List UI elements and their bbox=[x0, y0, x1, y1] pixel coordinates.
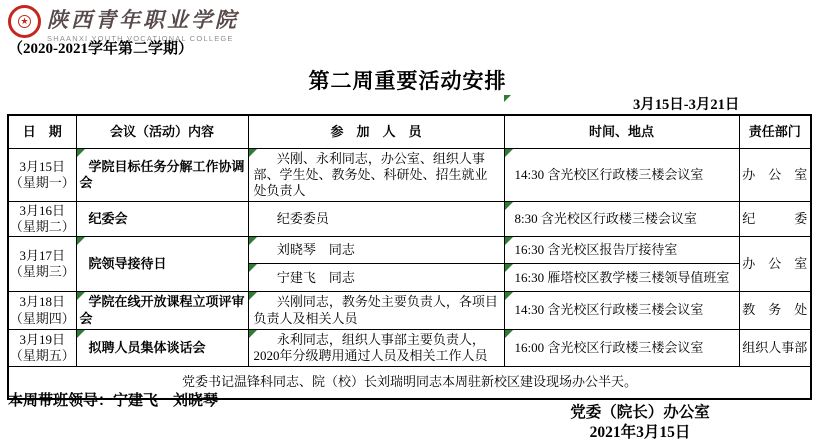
weekday-text: （星期四） bbox=[9, 311, 76, 327]
participants-cell: 宁建飞 同志 bbox=[248, 264, 504, 292]
cell-flag-marker bbox=[249, 330, 257, 338]
participants-cell: 刘晓琴 同志 bbox=[248, 237, 504, 264]
department-cell: 纪 委 bbox=[739, 202, 811, 237]
cell-flag-marker bbox=[505, 330, 513, 338]
time-place-cell: 16:30 雁塔校区教学楼三楼领导值班室 bbox=[504, 264, 739, 292]
col-header-time-place: 时间、地点 bbox=[504, 115, 739, 148]
duty-leaders-line: 本周带班领导：宁建飞 刘晓琴 bbox=[8, 389, 218, 410]
department-cell: 办 公 室 bbox=[739, 148, 811, 202]
participants-cell: 永利同志，组织人事部主要负责人，2020年分级聘用通过人员及相关工作人员 bbox=[248, 329, 504, 367]
table-header-row: 日 期 会议（活动）内容 参 加 人 员 时间、地点 责任部门 bbox=[8, 115, 811, 148]
cell-flag-marker bbox=[504, 95, 511, 102]
seal-star-icon: ★ bbox=[18, 15, 31, 28]
date-cell: 3月18日 （星期四） bbox=[8, 292, 76, 330]
date-cell: 3月17日 （星期三） bbox=[8, 237, 76, 292]
date-text: 3月18日 bbox=[9, 294, 76, 310]
time-place-cell: 14:30 含光校区行政楼三楼会议室 bbox=[504, 148, 739, 202]
content-cell: 拟聘人员集体谈话会 bbox=[76, 329, 248, 367]
weekday-text: （星期三） bbox=[9, 264, 76, 280]
col-header-department: 责任部门 bbox=[739, 115, 811, 148]
date-cell: 3月16日 （星期二） bbox=[8, 202, 76, 237]
table-row: 3月17日 （星期三） 院领导接待日 刘晓琴 同志 16:30 含光校区报告厅接… bbox=[8, 237, 811, 264]
weekday-text: （星期五） bbox=[9, 348, 76, 364]
content-cell: 学院目标任务分解工作协调会 bbox=[76, 148, 248, 202]
table-row: 3月19日 （星期五） 拟聘人员集体谈话会 永利同志，组织人事部主要负责人，20… bbox=[8, 329, 811, 367]
date-text: 3月17日 bbox=[9, 248, 76, 264]
cell-flag-marker bbox=[249, 264, 257, 272]
cell-flag-marker bbox=[77, 292, 85, 300]
issuer-name: 党委（院长）办公室 bbox=[520, 403, 760, 423]
date-cell: 3月15日 （星期一） bbox=[8, 148, 76, 202]
table-row: 3月15日 （星期一） 学院目标任务分解工作协调会 兴刚、永利同志，办公室、组织… bbox=[8, 148, 811, 202]
department-cell: 组织人事部 bbox=[739, 329, 811, 367]
weekday-text: （星期一） bbox=[9, 175, 76, 191]
content-cell: 纪委会 bbox=[76, 202, 248, 237]
participants-cell: 纪委委员 bbox=[248, 202, 504, 237]
issue-date: 2021年3月15日 bbox=[520, 423, 760, 443]
time-place-cell: 16:30 含光校区报告厅接待室 bbox=[504, 237, 739, 264]
page-title: 第二周重要活动安排 bbox=[0, 65, 815, 95]
cell-flag-marker bbox=[505, 237, 513, 245]
schedule-document: ★ 陕西青年职业学院 SHAANXI YOUTH VOCATIONAL COLL… bbox=[0, 0, 815, 446]
schedule-table: 日 期 会议（活动）内容 参 加 人 员 时间、地点 责任部门 3月15日 （星… bbox=[7, 114, 812, 400]
participants-cell: 兴刚同志，教务处主要负责人，各项目负责人及相关人员 bbox=[248, 292, 504, 330]
content-cell: 院领导接待日 bbox=[76, 237, 248, 292]
cell-flag-marker bbox=[505, 149, 513, 157]
cell-flag-marker bbox=[505, 202, 513, 210]
table-row: 3月18日 （星期四） 学院在线开放课程立项评审会 兴刚同志，教务处主要负责人，… bbox=[8, 292, 811, 330]
signature-block: 党委（院长）办公室 2021年3月15日 bbox=[520, 403, 760, 444]
cell-flag-marker bbox=[249, 292, 257, 300]
semester-label: （2020-2021学年第二学期） bbox=[8, 37, 193, 58]
col-header-date: 日 期 bbox=[8, 115, 76, 148]
cell-flag-marker bbox=[77, 330, 85, 338]
college-seal-icon: ★ bbox=[8, 5, 41, 38]
col-header-content: 会议（活动）内容 bbox=[76, 115, 248, 148]
content-cell: 学院在线开放课程立项评审会 bbox=[76, 292, 248, 330]
college-name-cn: 陕西青年职业学院 bbox=[47, 4, 239, 34]
weekday-text: （星期二） bbox=[9, 219, 76, 235]
cell-flag-marker bbox=[249, 149, 257, 157]
date-text: 3月15日 bbox=[9, 159, 76, 175]
week-date-range: 3月15日-3月21日 bbox=[633, 93, 739, 114]
table-row: 3月16日 （星期二） 纪委会 纪委委员 8:30 含光校区行政楼三楼会议室 纪… bbox=[8, 202, 811, 237]
time-place-cell: 14:30 含光校区行政楼三楼会议室 bbox=[504, 292, 739, 330]
participants-cell: 兴刚、永利同志，办公室、组织人事部、学生处、教务处、科研处、招生就业处负责人 bbox=[248, 148, 504, 202]
date-text: 3月16日 bbox=[9, 203, 76, 219]
date-cell: 3月19日 （星期五） bbox=[8, 329, 76, 367]
department-cell: 办 公 室 bbox=[739, 237, 811, 292]
cell-flag-marker bbox=[505, 292, 513, 300]
cell-flag-marker bbox=[77, 149, 85, 157]
cell-flag-marker bbox=[77, 237, 85, 245]
col-header-participants: 参 加 人 员 bbox=[248, 115, 504, 148]
department-cell: 教 务 处 bbox=[739, 292, 811, 330]
cell-flag-marker bbox=[249, 237, 257, 245]
cell-flag-marker bbox=[505, 264, 513, 272]
time-place-cell: 16:00 含光校区行政楼三楼会议室 bbox=[504, 329, 739, 367]
time-place-cell: 8:30 含光校区行政楼三楼会议室 bbox=[504, 202, 739, 237]
date-text: 3月19日 bbox=[9, 332, 76, 348]
